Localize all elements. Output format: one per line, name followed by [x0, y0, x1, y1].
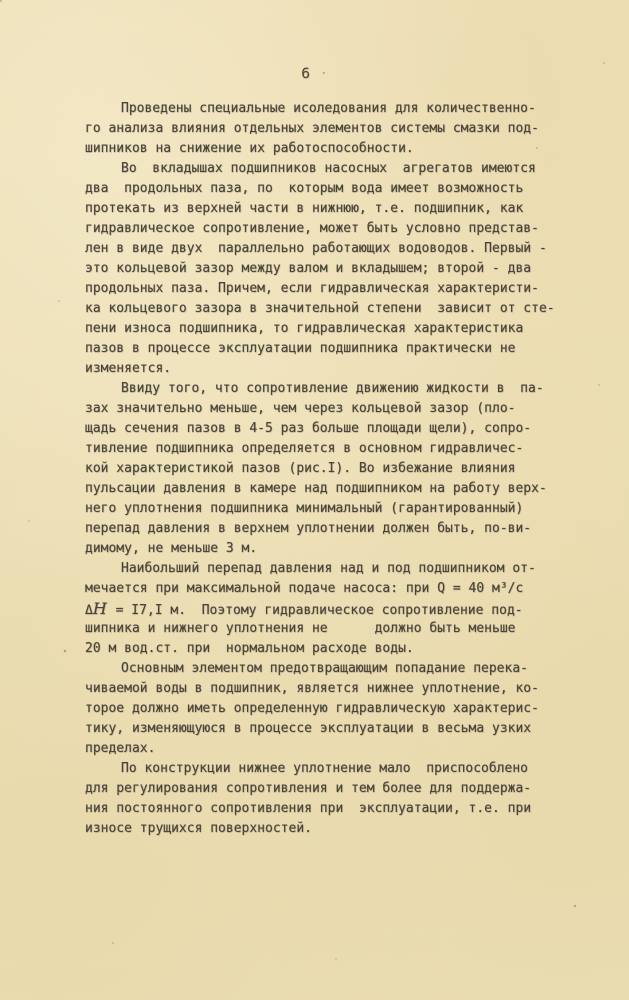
- text-line: Наибольший перепад давления над и под по…: [85, 559, 585, 579]
- text-line: шипника и нижнего уплотнения не должно б…: [85, 619, 585, 639]
- text-line: пределах.: [85, 739, 585, 759]
- text-line: ка кольцевого зазора в значительной степ…: [85, 299, 585, 319]
- document-body: Проведены специальные исоледования для к…: [85, 99, 585, 839]
- text-line: шипников на снижение их работоспособност…: [85, 139, 585, 159]
- text-line: тивление подшипника определяется в основ…: [85, 439, 585, 459]
- text-line: лен в виде двух параллельно работающих в…: [85, 239, 585, 259]
- text-line: Во вкладышах подшипников насосных агрега…: [85, 159, 585, 179]
- text-line: щадь сечения пазов в 4-5 раз больше площ…: [85, 419, 585, 439]
- text-line: пазов в процессе эксплуатации подшипника…: [85, 339, 585, 359]
- math-symbol-H: H: [93, 599, 108, 618]
- text-line: 20 м вод.ст. при нормальном расходе воды…: [85, 639, 585, 659]
- text-line: мечается при максимальной подаче насоса:…: [85, 579, 585, 599]
- text-line: два продольных паза, по которым вода име…: [85, 179, 585, 199]
- text-line: торое должно иметь определенную гидравли…: [85, 699, 585, 719]
- page-number-row: 6 ·: [0, 66, 629, 82]
- text-line: кой характеристикой пазов (рис.I). Во из…: [85, 459, 585, 479]
- text-line: зах значительно меньше, чем через кольце…: [85, 399, 585, 419]
- text-line: пульсации давления в камере над подшипни…: [85, 479, 585, 499]
- text-line: димому, не меньше 3 м.: [85, 539, 585, 559]
- text-line: для регулирования сопротивления и тем бо…: [85, 779, 585, 799]
- text-line: Ввиду того, что сопротивление движению ж…: [85, 379, 585, 399]
- text-line: го анализа влияния отдельных элементов с…: [85, 119, 585, 139]
- text-line: ΔH = I7,I м. Поэтому гидравлическое сопр…: [85, 599, 585, 619]
- text-line: пени износа подшипника, то гидравлическа…: [85, 319, 585, 339]
- text-line: изменяется.: [85, 359, 585, 379]
- text-line: гидравлическое сопротивление, может быть…: [85, 219, 585, 239]
- text-line: Проведены специальные исоледования для к…: [85, 99, 585, 119]
- text-segment: = I7,I м. Поэтому гидравлическое сопроти…: [108, 603, 523, 618]
- text-line: протекать из верхней части в нижнюю, т.е…: [85, 199, 585, 219]
- text-line: ния постоянного сопротивления при эксплу…: [85, 799, 585, 819]
- text-line: перепад давления в верхнем уплотнении до…: [85, 519, 585, 539]
- text-line: тику, изменяющуюся в процессе эксплуатац…: [85, 719, 585, 739]
- text-line: продольных паза. Причем, если гидравличе…: [85, 279, 585, 299]
- text-line: износе трущихся поверхностей.: [85, 819, 585, 839]
- scanned-page: 6 · Проведены специальные исоледования д…: [0, 0, 629, 1000]
- page-number-mark: ·: [321, 68, 328, 79]
- page-number: 6: [301, 66, 311, 82]
- math-symbol-delta: Δ: [85, 603, 93, 618]
- text-line: него уплотнения подшипника минимальный (…: [85, 499, 585, 519]
- text-line: это кольцевой зазор между валом и вклады…: [85, 259, 585, 279]
- text-line: Основным элементом предотвращающим попад…: [85, 659, 585, 679]
- text-line: чиваемой воды в подшипник, является нижн…: [85, 679, 585, 699]
- text-line: По конструкции нижнее уплотнение мало пр…: [85, 759, 585, 779]
